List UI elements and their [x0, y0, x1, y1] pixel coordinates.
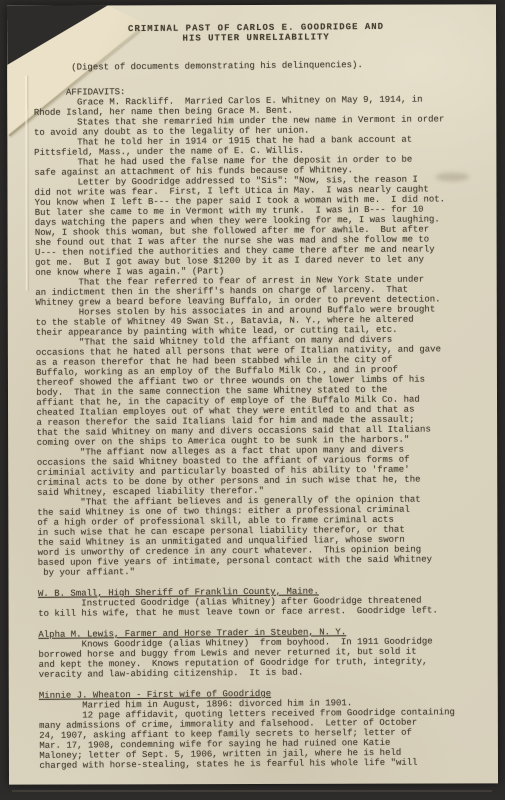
paper: CRIMINAL PAST OF CARLOS E. GOODRIDGE AND… [7, 4, 498, 784]
background-edge-line [12, 790, 492, 792]
document-sections: AFFIDAVITS: Grace M. Rackliff. Married C… [34, 84, 486, 771]
document-section: AFFIDAVITS: Grace M. Rackliff. Married C… [34, 84, 484, 578]
document-text: CRIMINAL PAST OF CARLOS E. GOODRIDGE AND… [33, 21, 485, 771]
document-section: W. B. Small, High Sheriff of Franklin Co… [38, 585, 484, 619]
document-section: Alpha M. Lewis, Farmer and Horse Trader … [38, 626, 484, 680]
photo-background: CRIMINAL PAST OF CARLOS E. GOODRIDGE AND… [0, 0, 505, 800]
digest-line: (Digest of documents demonstrating his d… [33, 59, 479, 73]
document-section: Minnie J. Wheaton - First wife of Goodri… [39, 687, 486, 771]
